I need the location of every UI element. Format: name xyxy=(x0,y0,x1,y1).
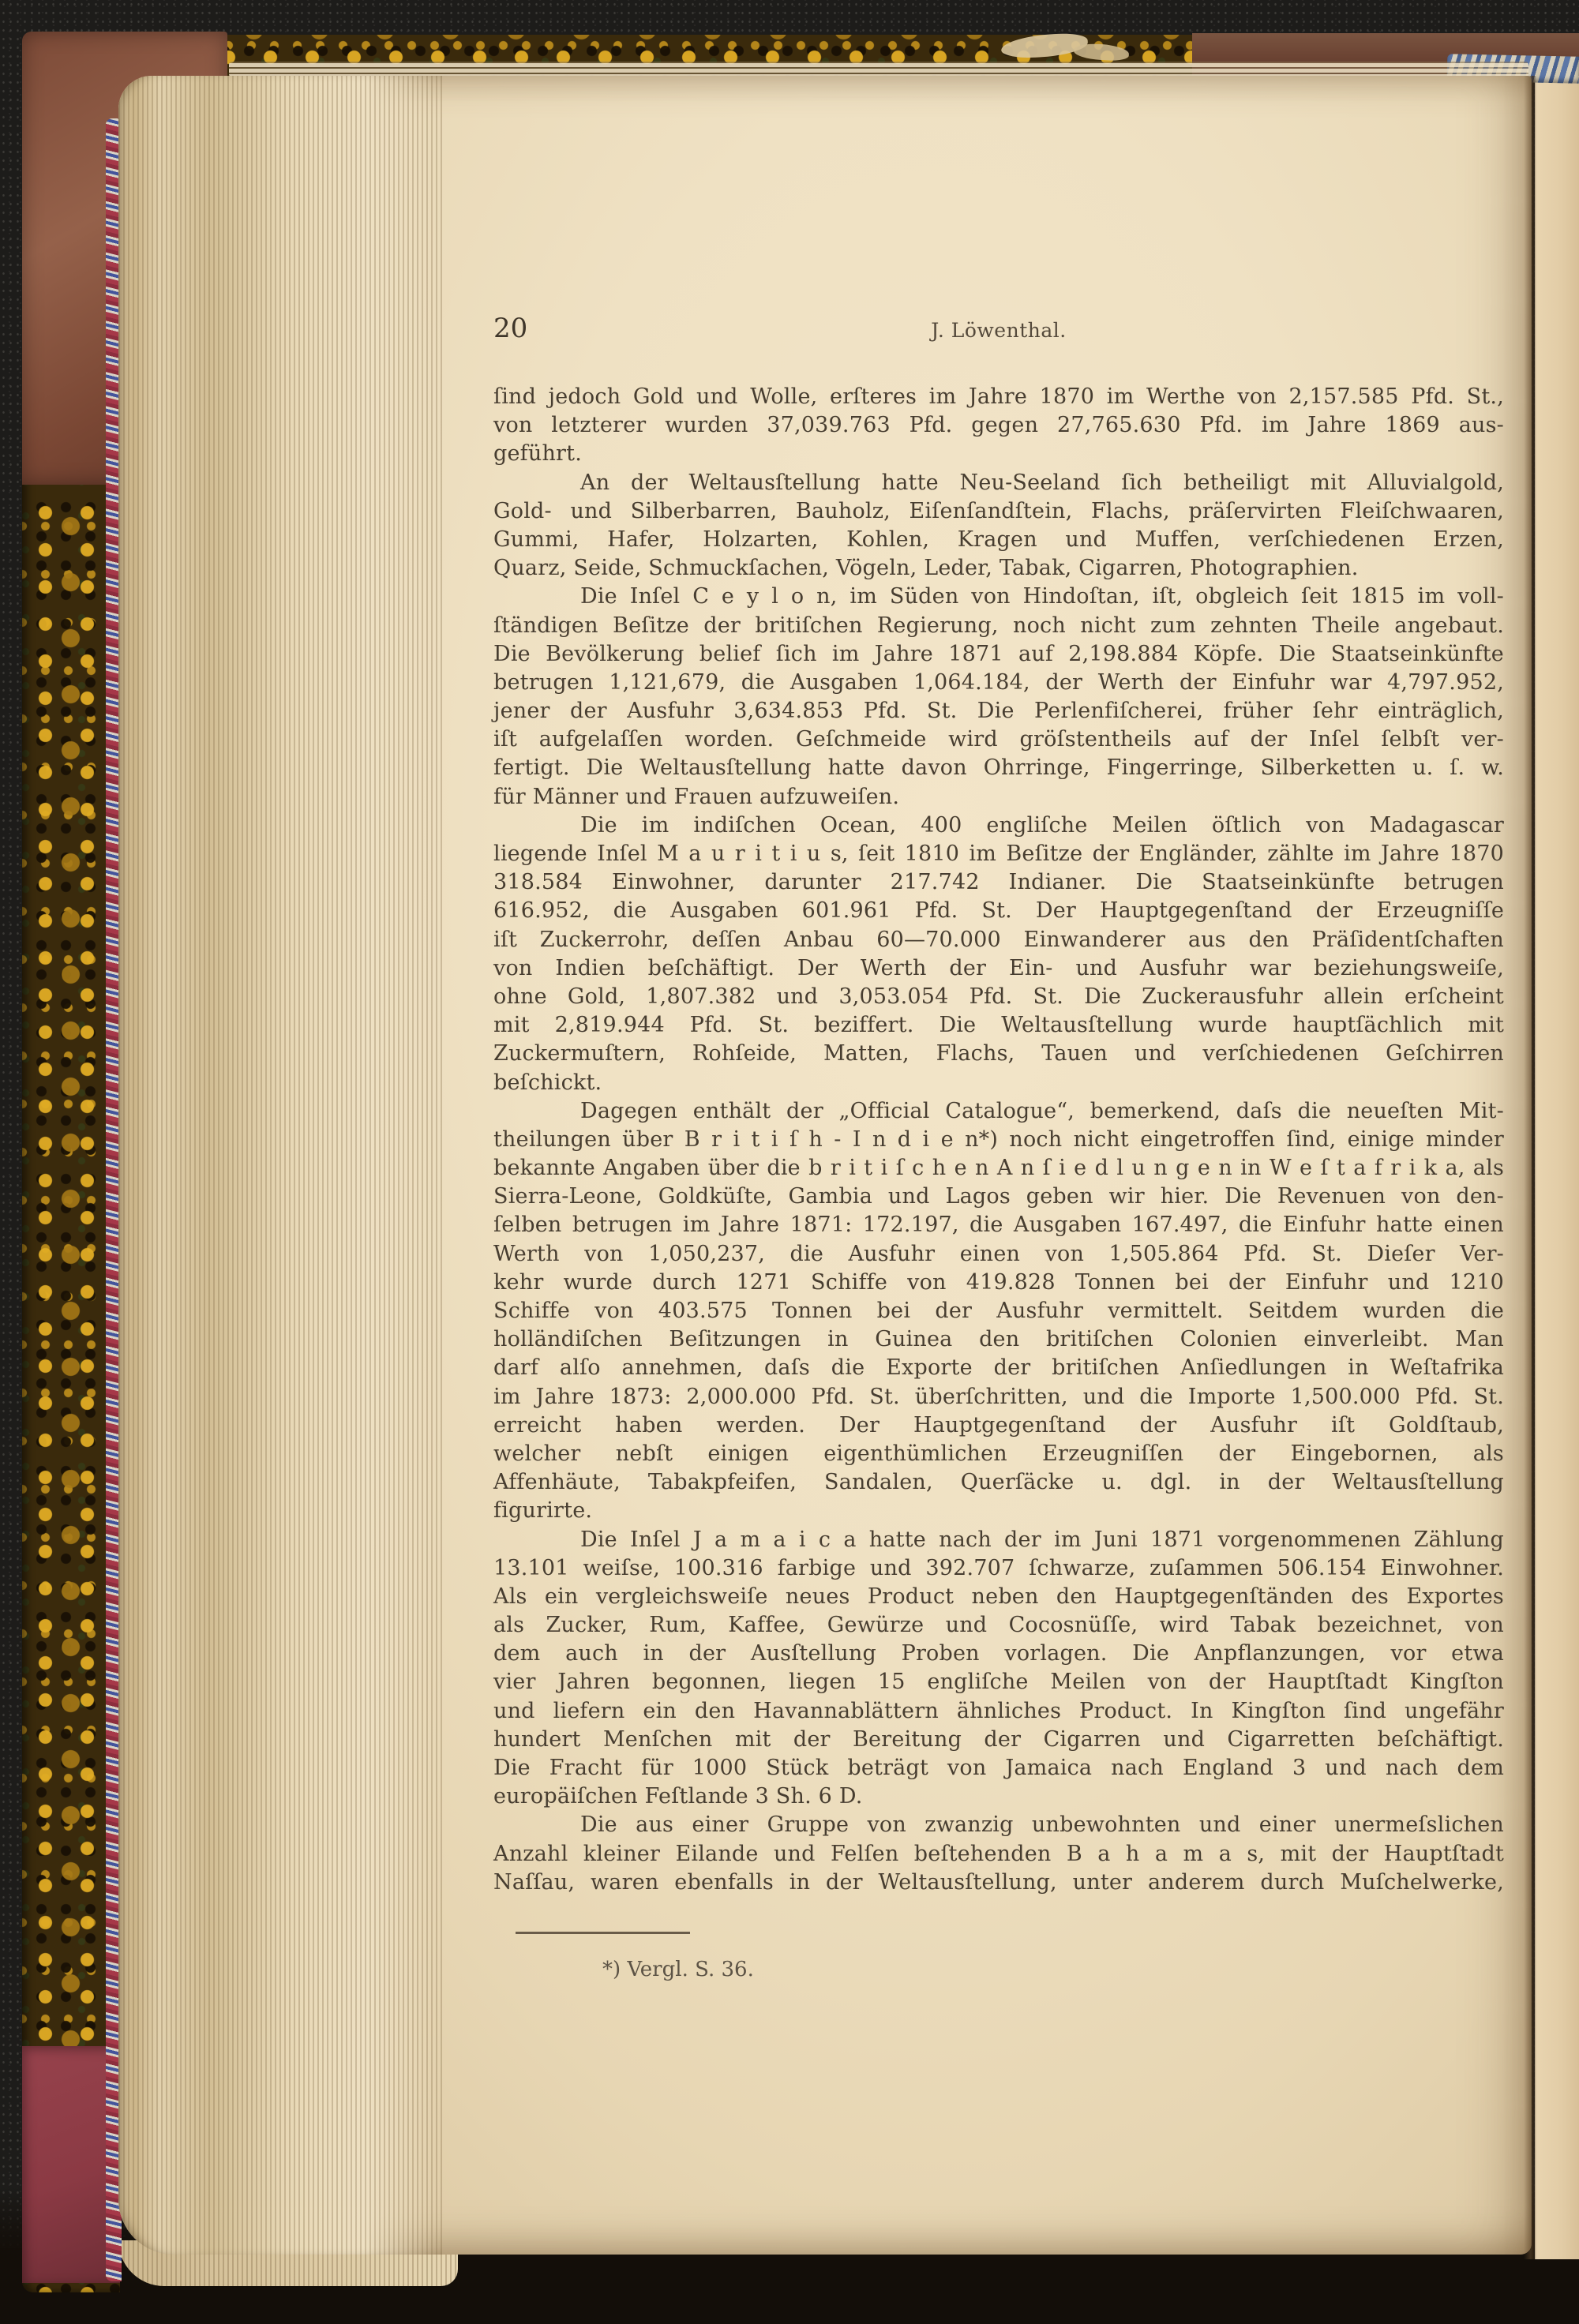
text-line: von Indien beſchäftigt. Der Werth der Ei… xyxy=(493,954,1504,983)
text-line: betrugen 1,121,679, die Ausgaben 1,064.1… xyxy=(493,669,1504,697)
text-line: An der Weltausſtellung hatte Neu-Seeland… xyxy=(493,469,1504,497)
text-line: theilungen über B r i t i ſ h - I n d i … xyxy=(493,1126,1504,1154)
text-line: vier Jahren begonnen, liegen 15 engliſch… xyxy=(493,1668,1504,1696)
page-header: 20 J. Löwenthal. xyxy=(493,314,1504,343)
text-line: ſind jedoch Gold und Wolle, erſteres im … xyxy=(493,383,1504,411)
text-line: Dagegen enthält der „Official Catalogue“… xyxy=(493,1097,1504,1126)
text-line: als Zucker, Rum, Kaffee, Gewürze und Coc… xyxy=(493,1611,1504,1640)
footnote-text: *) Vergl. S. 36. xyxy=(602,1958,1504,1981)
text-line: fertigt. Die Weltausſtellung hatte davon… xyxy=(493,754,1504,782)
facing-page-sliver xyxy=(1535,76,1579,2259)
paragraph: An der Weltausſtellung hatte Neu-Seeland… xyxy=(493,469,1504,583)
page-body-text: ſind jedoch Gold und Wolle, erſteres im … xyxy=(493,383,1504,1897)
text-line: iſt Zuckerrohr, deſſen Anbau 60—70.000 E… xyxy=(493,926,1504,954)
text-line: figurirte. xyxy=(493,1497,1504,1525)
text-line: erreicht haben werden. Der Hauptgegenſta… xyxy=(493,1411,1504,1440)
text-line: holländiſchen Beſitzungen in Guinea den … xyxy=(493,1325,1504,1354)
photographed-book-page: { "book_page": { "page_number": "20", "r… xyxy=(0,0,1579,2324)
text-line: Die im indiſchen Ocean, 400 engliſche Me… xyxy=(493,812,1504,840)
text-line: Zuckermuſtern, Rohſeide, Matten, Flachs,… xyxy=(493,1040,1504,1068)
text-line: darf alſo annehmen, daſs die Exporte der… xyxy=(493,1354,1504,1382)
text-line: kehr wurde durch 1271 Schiffe von 419.82… xyxy=(493,1269,1504,1297)
text-line: dem auch in der Ausſtellung Proben vorla… xyxy=(493,1640,1504,1668)
paragraph: Die Inſel J a m a i c a hatte nach der i… xyxy=(493,1526,1504,1812)
paragraph: Die im indiſchen Ocean, 400 engliſche Me… xyxy=(493,812,1504,1097)
text-line: europäiſchen Feſtlande 3 Sh. 6 D. xyxy=(493,1782,1504,1811)
text-line: 318.584 Einwohner, darunter 217.742 Indi… xyxy=(493,868,1504,897)
text-line: iſt aufgelaſſen worden. Geſchmeide wird … xyxy=(493,725,1504,754)
text-line: Die Fracht für 1000 Stück beträgt von Ja… xyxy=(493,1754,1504,1782)
paragraph: ſind jedoch Gold und Wolle, erſteres im … xyxy=(493,383,1504,469)
text-line: Schiffe von 403.575 Tonnen bei der Ausfu… xyxy=(493,1297,1504,1325)
running-header: J. Löwenthal. xyxy=(493,319,1504,342)
page-stack-fore-edge xyxy=(118,76,442,2255)
text-line: 13.101 weiſse, 100.316 farbige und 392.7… xyxy=(493,1554,1504,1583)
text-line: mit 2,819.944 Pfd. St. beziffert. Die We… xyxy=(493,1011,1504,1040)
text-line: und liefern ein den Havannablättern ähnl… xyxy=(493,1697,1504,1726)
text-line: geführt. xyxy=(493,440,1504,468)
text-line: liegende Inſel M a u r i t i u s, ſeit 1… xyxy=(493,840,1504,868)
text-line: Gummi, Hafer, Holzarten, Kohlen, Kragen … xyxy=(493,526,1504,554)
text-line: für Männer und Frauen aufzuweiſen. xyxy=(493,783,1504,812)
text-line: von letzterer wurden 37,039.763 Pfd. geg… xyxy=(493,411,1504,440)
text-line: ſtändigen Beſitze der britiſchen Regieru… xyxy=(493,612,1504,640)
text-line: 616.952, die Ausgaben 601.961 Pfd. St. D… xyxy=(493,897,1504,925)
text-line: ſelben betrugen im Jahre 1871: 172.197, … xyxy=(493,1211,1504,1239)
text-line: Sierra-Leone, Goldküſte, Gambia und Lago… xyxy=(493,1183,1504,1211)
page-stack-top-edges xyxy=(229,62,1528,77)
text-line: Werth von 1,050,237, die Ausfuhr einen v… xyxy=(493,1240,1504,1269)
paragraph: Die aus einer Gruppe von zwanzig unbewoh… xyxy=(493,1811,1504,1897)
text-line: Anzahl kleiner Eilande und Felſen beſteh… xyxy=(493,1840,1504,1869)
text-line: bekannte Angaben über die b r i t i ſ c … xyxy=(493,1154,1504,1183)
text-line: hundert Menſchen mit der Bereitung der C… xyxy=(493,1726,1504,1754)
text-line: Als ein vergleichsweiſe neues Product ne… xyxy=(493,1583,1504,1611)
text-line: Quarz, Seide, Schmuckſachen, Vögeln, Led… xyxy=(493,554,1504,583)
text-line: Die aus einer Gruppe von zwanzig unbewoh… xyxy=(493,1811,1504,1839)
text-line: Die Bevölkerung belief ſich im Jahre 187… xyxy=(493,640,1504,669)
paragraph: Die Inſel C e y l o n, im Süden von Hind… xyxy=(493,583,1504,812)
text-line: ohne Gold, 1,807.382 und 3,053.054 Pfd. … xyxy=(493,983,1504,1011)
text-line: beſchickt. xyxy=(493,1069,1504,1097)
text-line: Die Inſel C e y l o n, im Süden von Hind… xyxy=(493,583,1504,611)
text-line: Die Inſel J a m a i c a hatte nach der i… xyxy=(493,1526,1504,1554)
text-line: Naſſau, waren ebenfalls in der Weltausſt… xyxy=(493,1869,1504,1897)
printed-page-content: 20 J. Löwenthal. ſind jedoch Gold und Wo… xyxy=(493,314,1504,1981)
text-line: Affenhäute, Tabakpfeifen, Sandalen, Quer… xyxy=(493,1468,1504,1497)
footnote-rule xyxy=(516,1932,690,1934)
text-line: im Jahre 1873: 2,000.000 Pfd. St. überſc… xyxy=(493,1383,1504,1411)
text-line: welcher nebſt einigen eigenthümlichen Er… xyxy=(493,1440,1504,1468)
text-line: jener der Ausfuhr 3,634.853 Pfd. St. Die… xyxy=(493,697,1504,725)
gutter-crease xyxy=(1524,76,1536,2259)
text-line: Gold- und Silberbarren, Bauholz, Eiſenſa… xyxy=(493,497,1504,526)
paragraph: Dagegen enthält der „Official Catalogue“… xyxy=(493,1097,1504,1526)
